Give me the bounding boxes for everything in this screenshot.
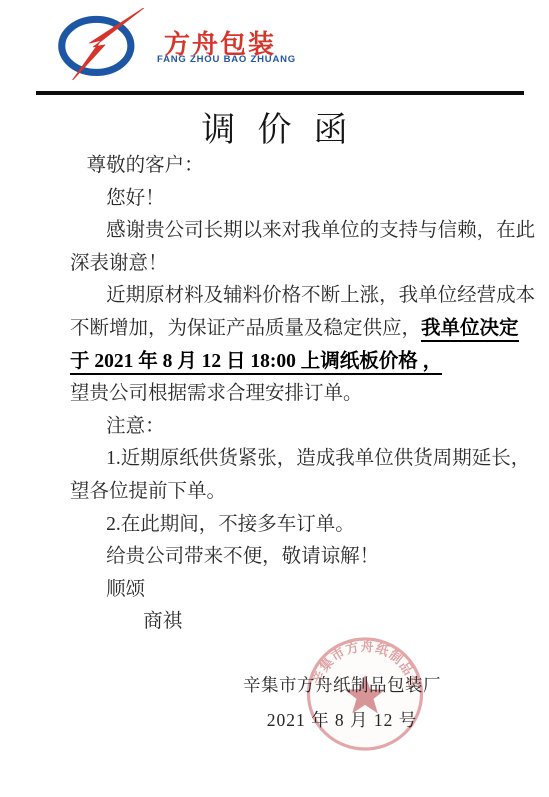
text-segment: 感谢贵公司长期以来对我单位的支持与信赖，在此 <box>106 220 535 241</box>
letter-line-note-header: 注意： <box>70 411 494 444</box>
letter-line: 望贵公司根据需求合理安排订单。 <box>70 378 494 411</box>
letter-body: 尊敬的客户： 您好！ 感谢贵公司长期以来对我单位的支持与信赖，在此 深表谢意！ … <box>70 150 494 639</box>
text-segment: 望各位提前下单。 <box>70 481 226 502</box>
letter-line: 感谢贵公司长期以来对我单位的支持与信赖，在此 <box>70 215 494 248</box>
header-rule <box>36 91 524 95</box>
signature-date: 2021 年 8 月 12 号 <box>267 707 418 732</box>
letter-line-greeting: 尊敬的客户： <box>70 150 494 183</box>
letter-line: 望各位提前下单。 <box>70 476 494 509</box>
company-logo: 方舟包装 FANG ZHOU BAO ZHUANG <box>56 6 286 78</box>
letter-line: 深表谢意！ <box>70 248 494 281</box>
text-segment: 深表谢意！ <box>70 253 168 274</box>
text-segment: 商祺 <box>143 611 182 632</box>
letter-line: 近期原材料及辅料价格不断上涨，我单位经营成本 <box>70 280 494 313</box>
letter-line: 您好！ <box>70 183 494 216</box>
text-segment: 顺颂 <box>106 579 145 600</box>
letter-line-note-1: 1.近期原纸供货紧张，造成我单位供货周期延长， <box>70 443 494 476</box>
text-segment: 尊敬的客户： <box>87 155 204 176</box>
company-name-pinyin: FANG ZHOU BAO ZHUANG <box>157 54 296 65</box>
text-segment: 望贵公司根据需求合理安排订单。 <box>70 383 363 404</box>
letter-line: 于 2021 年 8 月 12 日 18:00 上调纸板价格 ， <box>70 346 494 379</box>
text-segment: 不断增加，为保证产品质量及稳定供应， <box>70 318 421 339</box>
letter-line-closing: 顺颂 <box>70 574 494 607</box>
letter-page: 方舟包装 FANG ZHOU BAO ZHUANG 调 价 函 尊敬的客户： 您… <box>0 0 549 797</box>
letter-line-closing: 商祺 <box>70 606 494 639</box>
text-segment: 1.近期原纸供货紧张，造成我单位供货周期延长， <box>106 448 530 469</box>
text-segment: 近期原材料及辅料价格不断上涨，我单位经营成本 <box>106 285 535 306</box>
text-segment: 给贵公司带来不便，敬请谅解！ <box>106 546 379 567</box>
text-segment: 注意： <box>106 416 165 437</box>
text-segment: 您好！ <box>106 188 165 209</box>
signature-company: 辛集市方舟纸制品包装厂 <box>243 672 441 697</box>
letter-title: 调 价 函 <box>0 102 549 151</box>
letter-line-note-2: 2.在此期间，不接多车订单。 <box>70 509 494 542</box>
text-segment: 2.在此期间，不接多车订单。 <box>106 514 355 535</box>
highlighted-decision-text: 我单位决定 <box>421 318 519 342</box>
letter-line: 不断增加，为保证产品质量及稳定供应，我单位决定 <box>70 313 494 346</box>
logo-oval-z-icon <box>56 8 148 80</box>
letter-line: 给贵公司带来不便，敬请谅解！ <box>70 541 494 574</box>
highlighted-decision-text: 于 2021 年 8 月 12 日 18:00 上调纸板价格 ， <box>70 351 442 375</box>
